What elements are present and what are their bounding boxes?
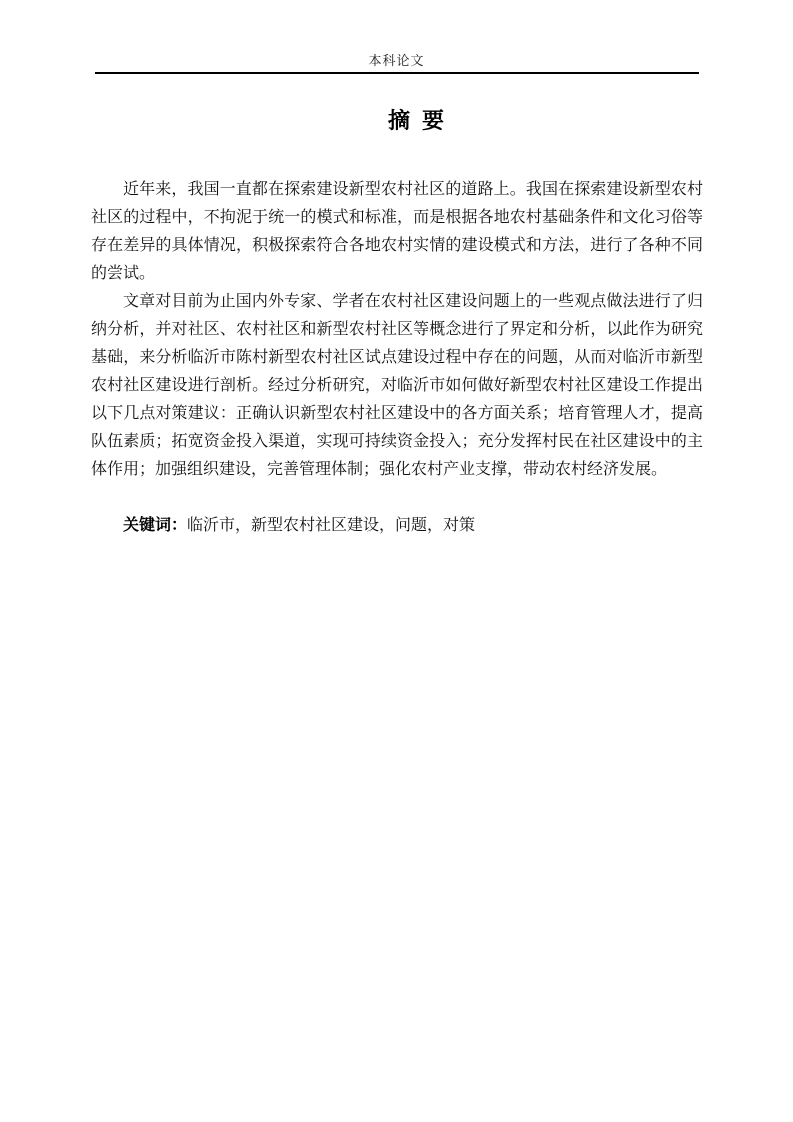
running-header-text: 本科论文 [368, 53, 424, 68]
header-rule [95, 72, 699, 74]
abstract-paragraph-2: 文章对目前为止国内外专家、学者在农村社区建设问题上的一些观点做法进行了归纳分析，… [91, 288, 703, 484]
abstract-title: 摘 要 [0, 107, 793, 135]
abstract-body: 近年来，我国一直都在探索建设新型农村社区的道路上。我国在探索建设新型农村社区的过… [91, 176, 703, 540]
keywords-label: 关键词： [123, 517, 187, 534]
running-header: 本科论文 [0, 0, 793, 69]
keywords-line: 关键词：临沂市，新型农村社区建设，问题，对策 [91, 512, 703, 540]
document-page: 本科论文 摘 要 近年来，我国一直都在探索建设新型农村社区的道路上。我国在探索建… [0, 0, 793, 1122]
keywords-text: 临沂市，新型农村社区建设，问题，对策 [187, 517, 475, 534]
abstract-paragraph-1: 近年来，我国一直都在探索建设新型农村社区的道路上。我国在探索建设新型农村社区的过… [91, 176, 703, 288]
